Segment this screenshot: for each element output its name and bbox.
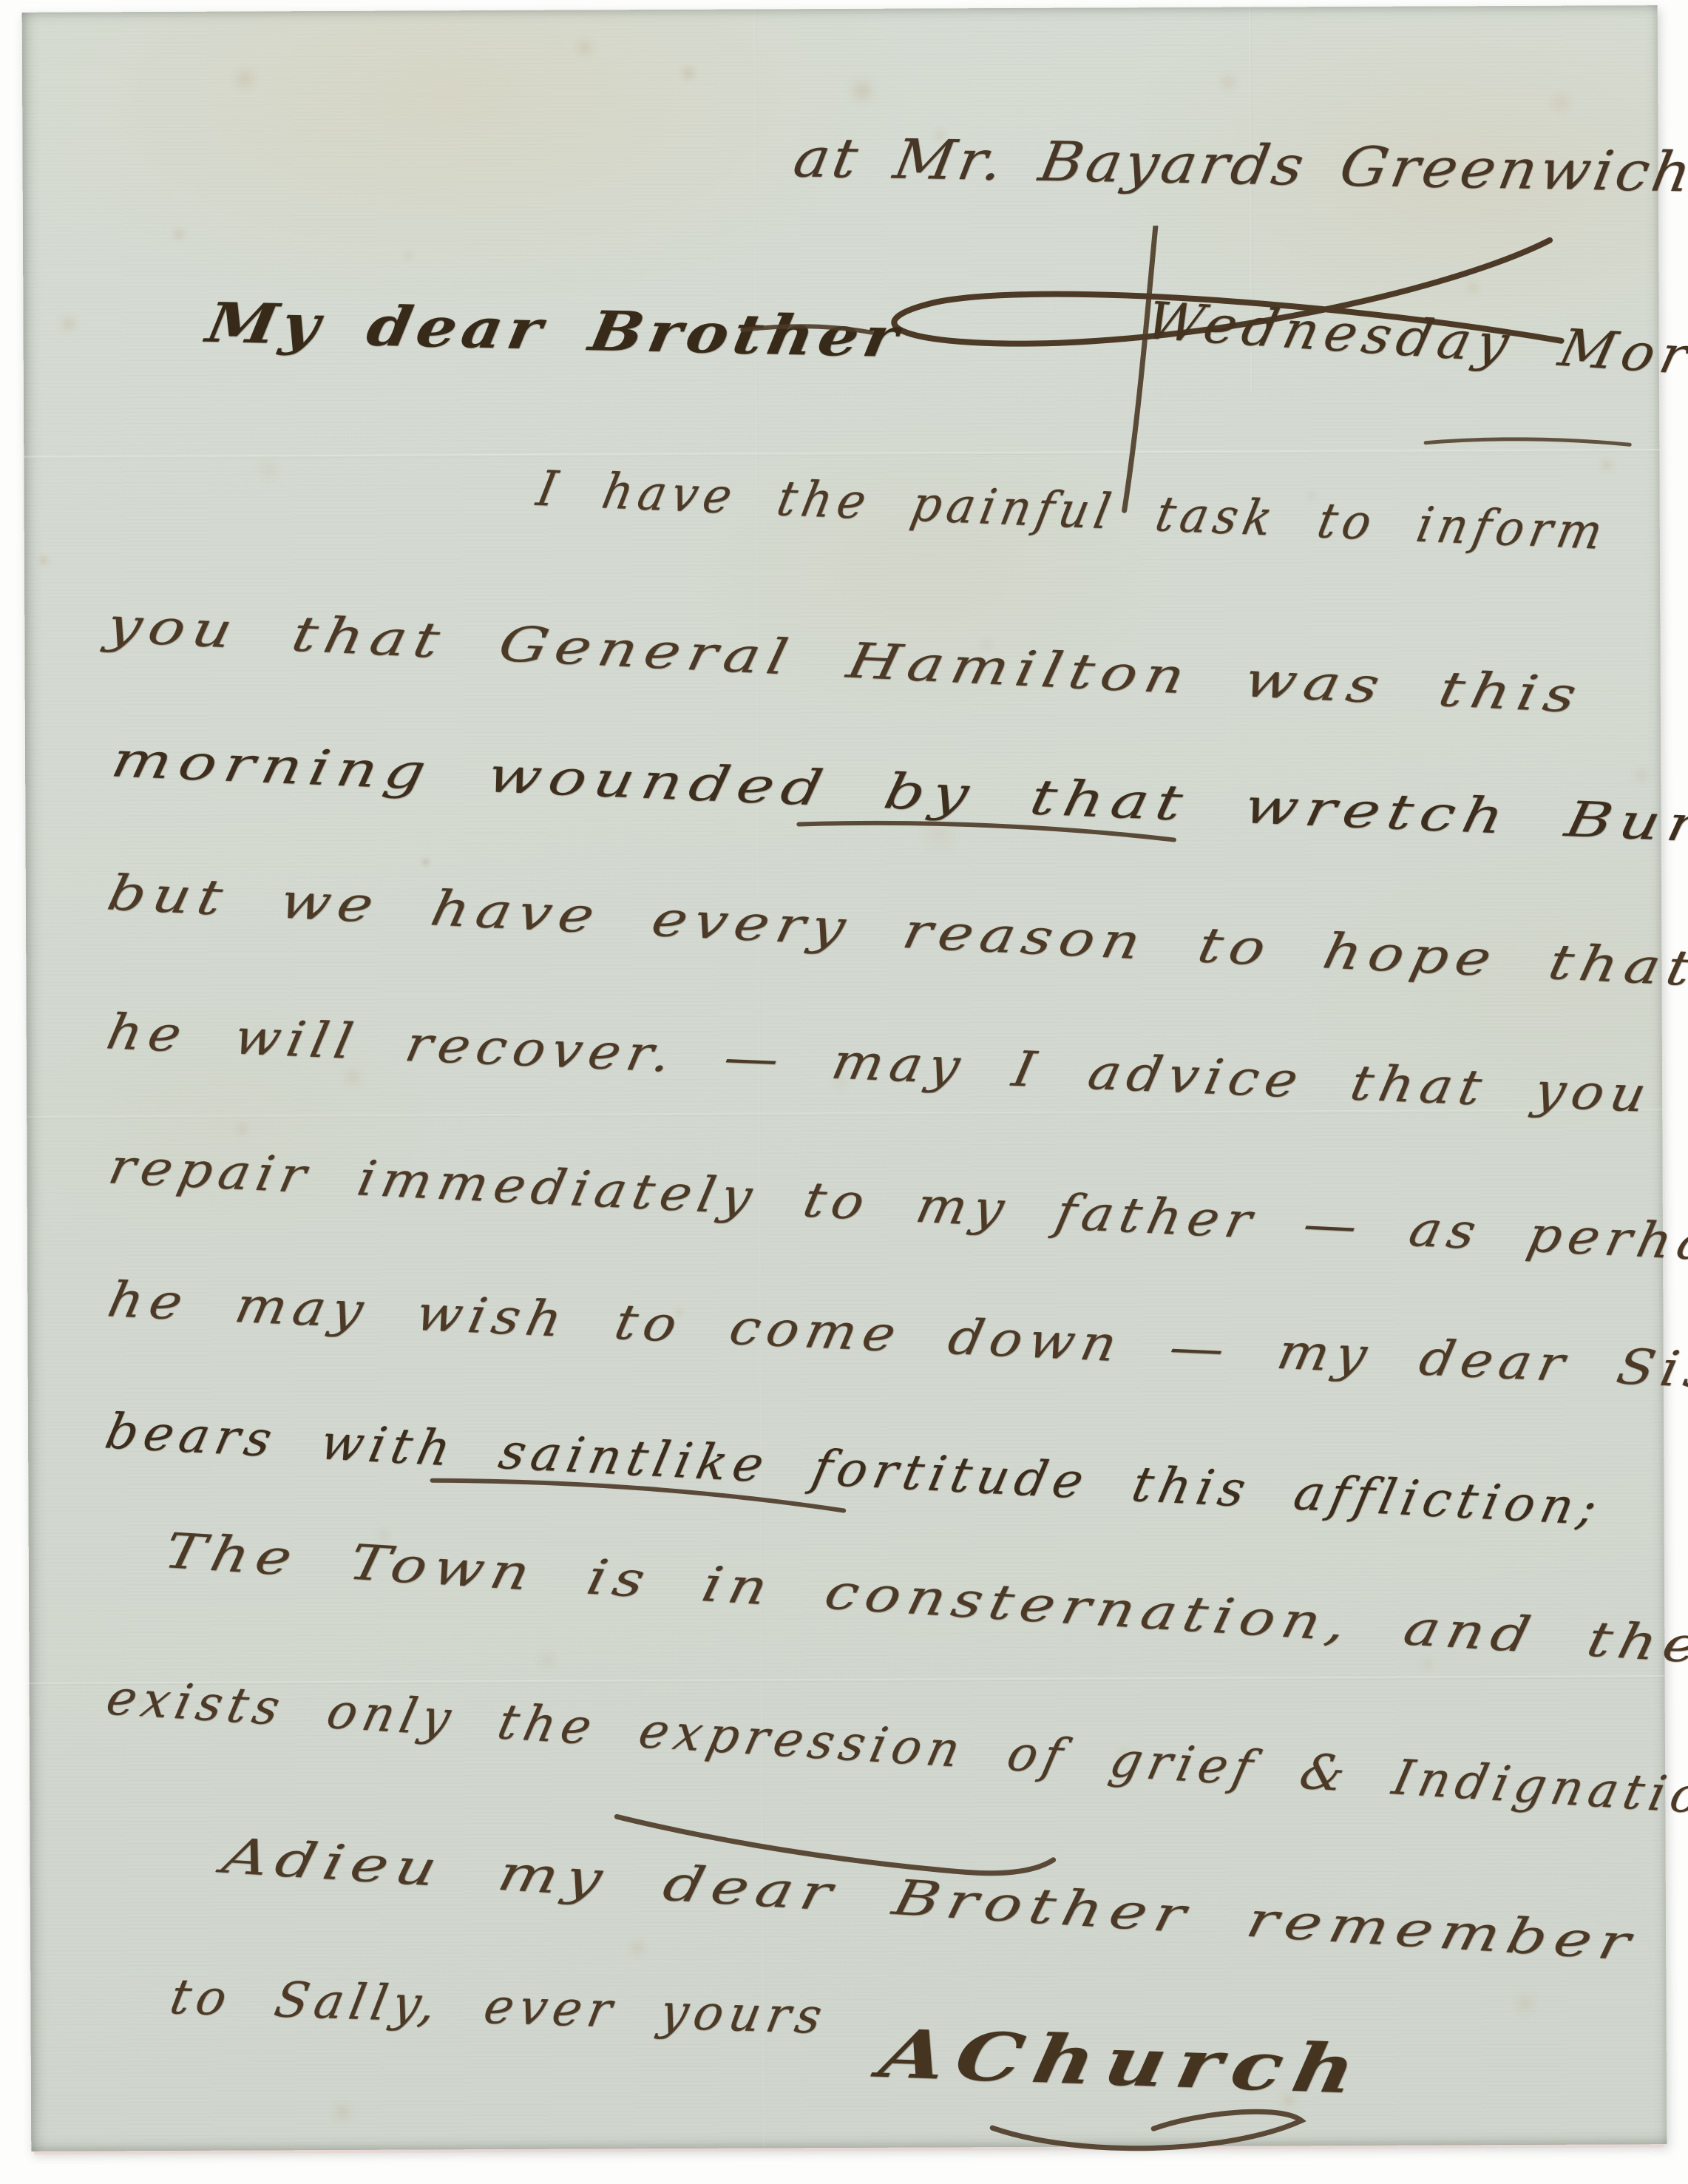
- letter-content: at Mr. Bayards Greenwich Wednesday Morn …: [22, 5, 1667, 2151]
- body-line-12: to Sally, ever yours: [166, 1968, 833, 2045]
- signature: AChurch: [874, 2015, 1373, 2109]
- body-line-11: Adieu my dear Brother remember me: [217, 1828, 1688, 1982]
- signature-flourish: [977, 2106, 1325, 2166]
- salutation: My dear Brother: [202, 291, 908, 370]
- body-line-1: I have the painful task to inform: [532, 460, 1613, 561]
- body-line-6: repair immediately to my father — as per…: [104, 1138, 1688, 1275]
- body-line-10: exists only the expression of grief & In…: [101, 1669, 1688, 1827]
- date-line: Wednesday Morn: [1140, 291, 1688, 389]
- body-line-5: he will recover. — may I advice that you: [102, 1004, 1657, 1123]
- body-line-8: bears with saintlike fortitude this affl…: [101, 1403, 1608, 1536]
- body-line-3: morning wounded by that wretch Burr: [106, 731, 1688, 855]
- place-line: at Mr. Bayards Greenwich: [789, 126, 1688, 204]
- dateline-flourish: [1421, 430, 1636, 459]
- body-line-9: The Town is in consternation, and there: [159, 1522, 1688, 1679]
- body-line-4: but we have every reason to hope that: [103, 865, 1688, 998]
- letter-paper: at Mr. Bayards Greenwich Wednesday Morn …: [22, 5, 1667, 2151]
- body-line-7: he may wish to come down — my dear Siste…: [103, 1271, 1688, 1404]
- body-line-2: you that General Hamilton was this: [101, 597, 1588, 724]
- letter-scan: at Mr. Bayards Greenwich Wednesday Morn …: [0, 0, 1688, 2184]
